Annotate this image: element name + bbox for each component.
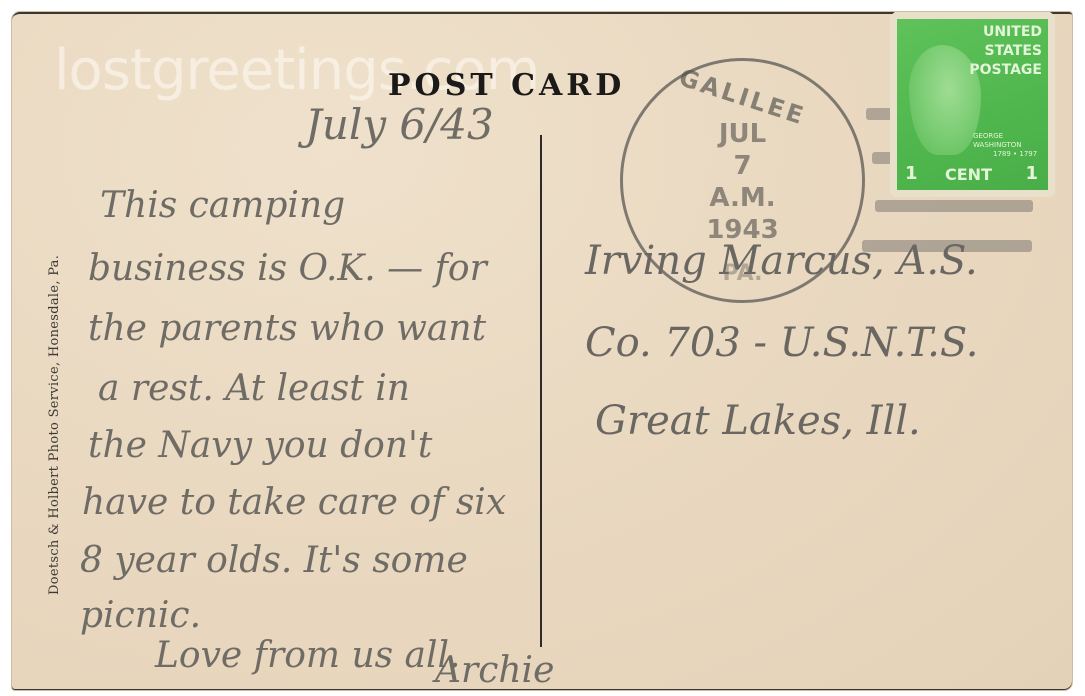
postmark-time: A.M. — [623, 183, 862, 213]
message-line: have to take care of six — [82, 482, 506, 523]
message-date: July 6/43 — [305, 100, 494, 149]
address-line-name: Irving Marcus, A.S. — [585, 238, 978, 284]
message-line: picnic. — [80, 595, 201, 636]
message-line: the parents who want — [88, 308, 486, 349]
message-line: the Navy you don't — [88, 425, 432, 466]
stamp-value-left: 1 — [905, 163, 918, 184]
center-divider-line — [540, 135, 542, 647]
message-line: a rest. At least in — [98, 368, 410, 409]
postcard-title: POST CARD — [388, 68, 625, 103]
postage-stamp: UNITED STATES POSTAGE GEORGE WASHINGTON … — [890, 12, 1055, 197]
message-closing: Love from us all. — [155, 635, 461, 676]
address-line-city: Great Lakes, Ill. — [595, 398, 921, 444]
cancellation-bar — [875, 200, 1033, 212]
publisher-credit: Doetsch & Holbert Photo Service, Honesda… — [47, 255, 62, 595]
message-signature: Archie — [435, 650, 554, 691]
stamp-portrait-name: GEORGE WASHINGTON — [973, 132, 1045, 150]
message-line: business is O.K. — for — [88, 248, 487, 289]
message-line: 8 year olds. It's some — [80, 540, 468, 581]
postmark-day: 7 — [623, 151, 862, 181]
address-line-unit: Co. 703 - U.S.N.T.S. — [585, 320, 979, 366]
stamp-header: UNITED STATES POSTAGE — [969, 23, 1042, 80]
postmark-month: JUL — [623, 119, 862, 149]
stamp-face: UNITED STATES POSTAGE GEORGE WASHINGTON … — [897, 19, 1048, 190]
stamp-denomination: CENT — [945, 165, 992, 184]
stamp-portrait-years: 1789 • 1797 — [993, 150, 1037, 158]
stamp-value-right: 1 — [1025, 163, 1038, 184]
message-line: This camping — [100, 185, 345, 226]
